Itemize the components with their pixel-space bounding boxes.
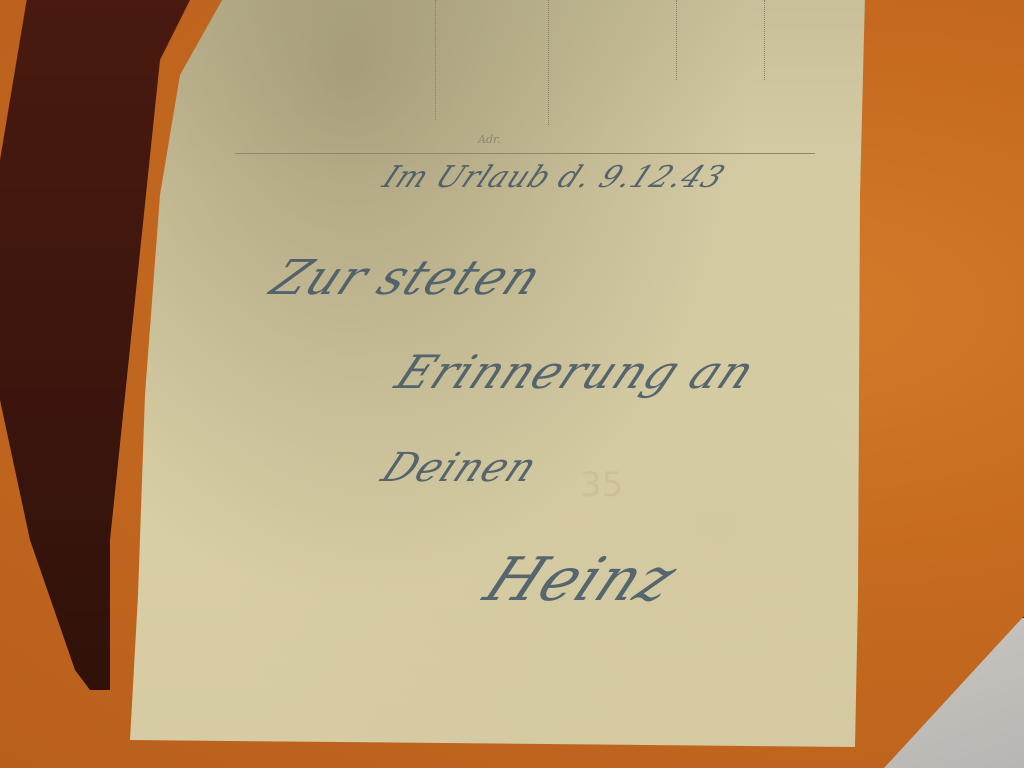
postcard-guide-line [676,0,677,80]
postcard-guide-line [435,0,436,120]
grey-paper-corner [884,616,1024,768]
handwritten-line-3: Deinen [374,445,545,491]
handwritten-line-1: Zur steten [262,250,552,306]
postcard-guide-line [548,0,549,125]
postcard-guide-line [764,0,765,80]
handwritten-date-line: Im Urlaub d. 9.12.43 [377,160,731,195]
address-divider-line [235,153,815,154]
handwritten-line-2: Erinnerung an [387,345,764,399]
handwritten-signature: Heinz [474,545,689,615]
printed-label: Adr. [478,133,501,146]
faint-stamp: 35 [580,465,623,505]
